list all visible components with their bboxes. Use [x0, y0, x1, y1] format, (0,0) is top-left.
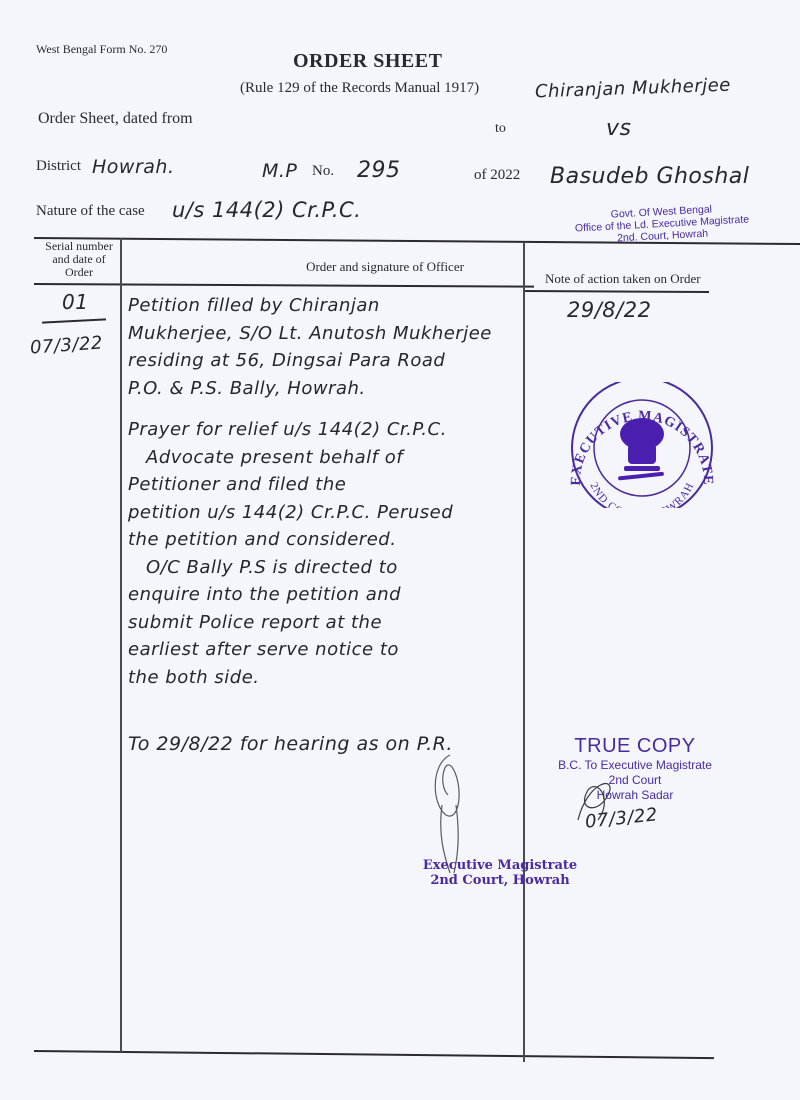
order-line: residing at 56, Dingsai Para Road: [128, 347, 528, 375]
case-number-label: No.: [312, 163, 334, 180]
case-number-value: 295: [357, 158, 401, 183]
order-line: the petition and considered.: [128, 526, 528, 554]
order-line: Mukherjee, S/O Lt. Anutosh Mukherjee: [128, 320, 528, 348]
true-copy-line2: 2nd Court: [535, 773, 735, 788]
true-copy-stamp: TRUE COPY B.C. To Executive Magistrate 2…: [535, 735, 735, 803]
versus-text: vs: [606, 116, 631, 141]
executive-magistrate-seal: EXECUTIVE MAGISTRATE 2ND COURT, HOWRAH: [558, 382, 726, 508]
true-copy-line3: Howrah Sadar: [535, 788, 735, 803]
header-bottom-rule-right: [524, 290, 709, 293]
column-divider-1: [120, 238, 122, 1052]
order-line: enquire into the petition and: [128, 581, 528, 609]
party-one-name: Chiranjan Mukherjee: [535, 75, 731, 103]
order-line: O/C Bally P.S is directed to: [128, 554, 528, 582]
order-line: earliest after serve notice to: [128, 636, 528, 664]
note-action-date: 29/8/22: [567, 298, 651, 322]
party-two-name: Basudeb Ghoshal: [550, 164, 749, 189]
header-bottom-rule-left: [34, 283, 534, 288]
order-text: Petition filled by Chiranjan Mukherjee, …: [128, 292, 528, 691]
magistrate-stamp-line2: 2nd Court, Howrah: [405, 873, 595, 888]
emblem-icon: [618, 418, 664, 480]
column-header-note: Note of action taken on Order: [545, 272, 701, 285]
case-prefix: M.P: [262, 160, 297, 182]
order-line: Petition filled by Chiranjan: [128, 292, 528, 320]
govt-office-stamp: Govt. Of West Bengal Office of the Ld. E…: [561, 201, 763, 247]
column-header-serial: Serial number and date of Order: [38, 240, 120, 279]
dated-from-label: Order Sheet, dated from: [38, 110, 193, 128]
order-line: submit Police report at the: [128, 609, 528, 637]
magistrate-stamp-line1: Executive Magistrate: [405, 858, 595, 873]
order-line: Advocate present behalf of: [128, 444, 528, 472]
serial-date-divider: [42, 318, 106, 323]
order-line: the both side.: [128, 664, 528, 692]
next-hearing-line: To 29/8/22 for hearing as on P.R.: [128, 733, 453, 755]
order-line: P.O. & P.S. Bally, Howrah.: [128, 375, 528, 403]
seal-lower-text: 2ND COURT, HOWRAH: [587, 480, 696, 508]
entry-date: 07/3/22: [29, 332, 103, 358]
to-label: to: [495, 121, 506, 137]
district-label: District: [36, 158, 81, 175]
page-subtitle: (Rule 129 of the Records Manual 1917): [240, 80, 479, 97]
case-year-label: of 2022: [474, 167, 520, 184]
order-line: Prayer for relief u/s 144(2) Cr.P.C.: [128, 416, 528, 444]
magistrate-signature-stamp: Executive Magistrate 2nd Court, Howrah: [405, 858, 595, 888]
order-line: Petitioner and filed the: [128, 471, 528, 499]
true-copy-line1: B.C. To Executive Magistrate: [535, 758, 735, 773]
table-bottom-rule: [34, 1050, 714, 1059]
nature-of-case-label: Nature of the case: [36, 203, 145, 220]
page-title: ORDER SHEET: [293, 50, 442, 73]
svg-text:2ND COURT, HOWRAH: 2ND COURT, HOWRAH: [587, 480, 696, 508]
district-value: Howrah.: [92, 156, 175, 178]
nature-of-case-value: u/s 144(2) Cr.P.C.: [172, 198, 361, 222]
true-copy-title: TRUE COPY: [535, 735, 735, 758]
officer-signature: [420, 745, 480, 875]
entry-serial-number: 01: [62, 290, 88, 314]
column-header-order: Order and signature of Officer: [245, 260, 525, 273]
order-line: petition u/s 144(2) Cr.P.C. Perused: [128, 499, 528, 527]
form-number: West Bengal Form No. 270: [36, 42, 167, 57]
